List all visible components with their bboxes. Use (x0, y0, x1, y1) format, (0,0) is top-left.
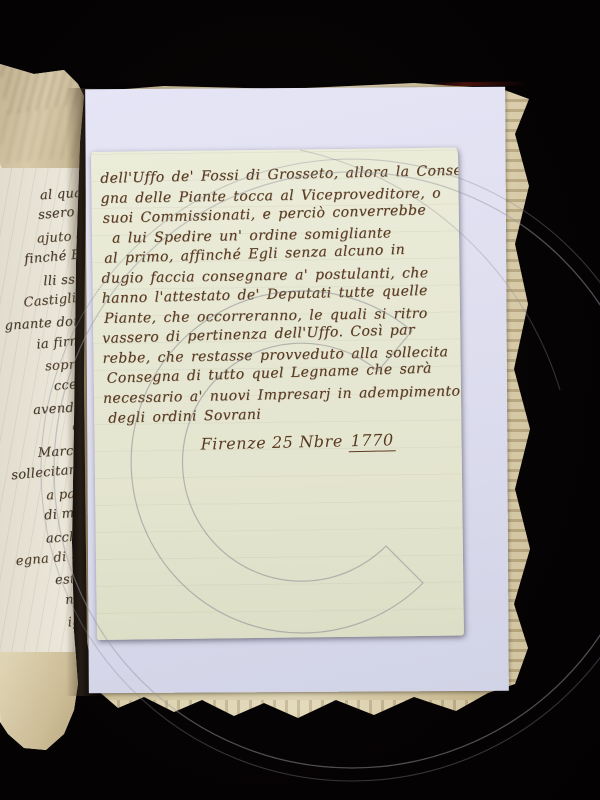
manuscript-dateline: Firenze 25 Nbre 1770 (103, 428, 455, 458)
dateline-place: Firenze 25 Nbre (200, 431, 343, 453)
manuscript-text: dell'Uffo de' Fossi di Grosseto, allora … (91, 148, 462, 458)
manuscript-letter: dell'Uffo de' Fossi di Grosseto, allora … (91, 148, 464, 640)
deckle-edge-bottom (84, 700, 534, 724)
dateline-year: 1770 (348, 430, 396, 452)
photo-of-open-manuscript-volume: al quale ssero ba ajuto dal finché Egli … (0, 0, 600, 800)
red-edge-streak (432, 81, 526, 86)
deckle-edge-right (504, 92, 534, 708)
